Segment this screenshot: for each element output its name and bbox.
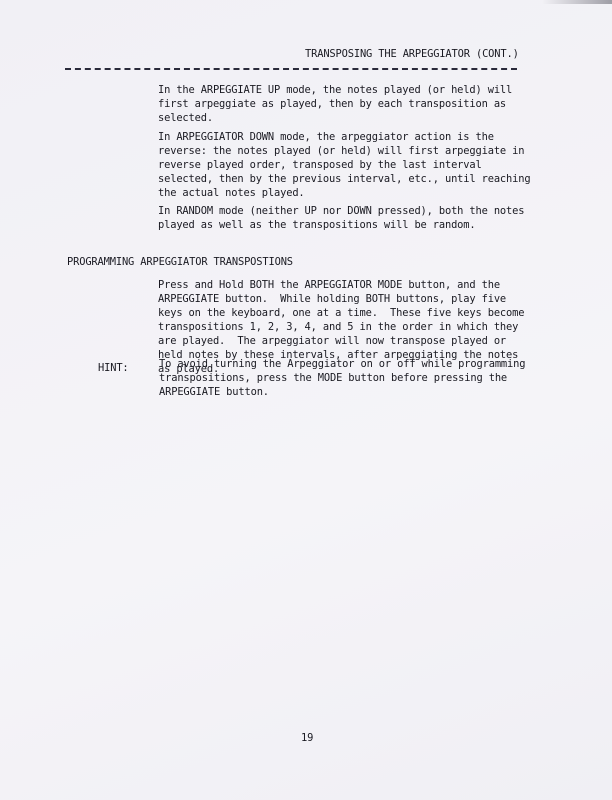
paragraph-arpeggiator-down: In ARPEGGIATOR DOWN mode, the arpeggiato… <box>158 130 530 200</box>
header-dashed-rule <box>65 68 517 70</box>
paragraph-arpeggiate-up: In the ARPEGGIATE UP mode, the notes pla… <box>158 83 512 125</box>
hint-body: To avoid turning the Arpeggiator on or o… <box>159 357 525 399</box>
document-page: TRANSPOSING THE ARPEGGIATOR (CONT.) In t… <box>0 0 612 800</box>
running-header-title: TRANSPOSING THE ARPEGGIATOR (CONT.) <box>305 47 519 61</box>
hint-label: HINT: <box>98 361 129 375</box>
page-number: 19 <box>301 731 313 745</box>
paragraph-random-mode: In RANDOM mode (neither UP nor DOWN pres… <box>158 204 524 232</box>
scan-edge-shadow <box>542 0 612 4</box>
